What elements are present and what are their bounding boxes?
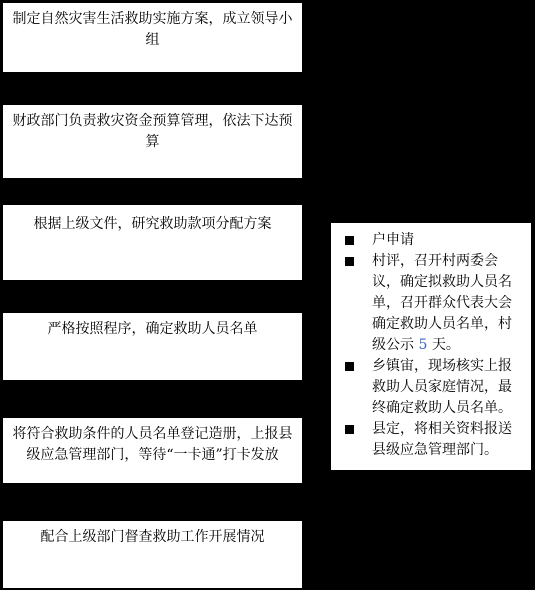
flow-step-6: 配合上级部门督查救助工作开展情况 <box>3 521 302 588</box>
flow-step-1: 制定自然灾害生活救助实施方案，成立领导小组 <box>3 3 302 72</box>
bullet-item-village-review: 村评，召开村两委会议，确定拟救助人员名单，召开群众代表大会确定救助人员名单，村级… <box>345 251 525 356</box>
flowchart-canvas: 制定自然灾害生活救助实施方案，成立领导小组 财政部门负责救灾资金预算管理，依法下… <box>0 0 535 590</box>
flow-step-2: 财政部门负责救灾资金预算管理，依法下达预算 <box>3 105 302 178</box>
flow-step-5-text: 将符合救助条件的人员名单登记造册，上报县级应急管理部门，等待“一卡通”打卡发放 <box>13 426 293 463</box>
bullet-item-household-application: 户申请 <box>345 230 525 251</box>
bullet-square-icon <box>345 356 372 371</box>
side-panel: 户申请 村评，召开村两委会议，确定拟救助人员名单，召开群众代表大会确定救助人员名… <box>331 223 531 470</box>
flow-step-3: 根据上级文件，研究救助款项分配方案 <box>3 205 302 280</box>
bullet-text: 乡镇宙，现场核实上报救助人员家庭情况，最终确定救助人员名单。 <box>372 356 525 419</box>
bullet-text: 户申请 <box>372 230 525 251</box>
bullet-text: 村评，召开村两委会议，确定拟救助人员名单，召开群众代表大会确定救助人员名单，村级… <box>372 251 525 356</box>
bullet-square-icon <box>345 230 372 245</box>
flow-step-6-text: 配合上级部门督查救助工作开展情况 <box>41 529 265 545</box>
bullet-text: 县定，将相关资料报送县级应急管理部门。 <box>372 419 525 461</box>
flow-step-2-text: 财政部门负责救灾资金预算管理，依法下达预算 <box>13 113 293 150</box>
flow-step-5: 将符合救助条件的人员名单登记造册，上报县级应急管理部门，等待“一卡通”打卡发放 <box>3 418 302 483</box>
bullet-text-after: 天。 <box>427 337 459 353</box>
bullet-square-icon <box>345 419 372 434</box>
flow-step-4-text: 严格按照程序，确定救助人员名单 <box>48 321 258 337</box>
flow-step-4: 严格按照程序，确定救助人员名单 <box>3 313 302 380</box>
bullet-item-county-determination: 县定，将相关资料报送县级应急管理部门。 <box>345 419 525 461</box>
flow-step-1-text: 制定自然灾害生活救助实施方案，成立领导小组 <box>13 11 293 48</box>
bullet-item-township-review: 乡镇宙，现场核实上报救助人员家庭情况，最终确定救助人员名单。 <box>345 356 525 419</box>
bullet-square-icon <box>345 251 372 266</box>
flow-step-3-text: 根据上级文件，研究救助款项分配方案 <box>34 216 272 232</box>
